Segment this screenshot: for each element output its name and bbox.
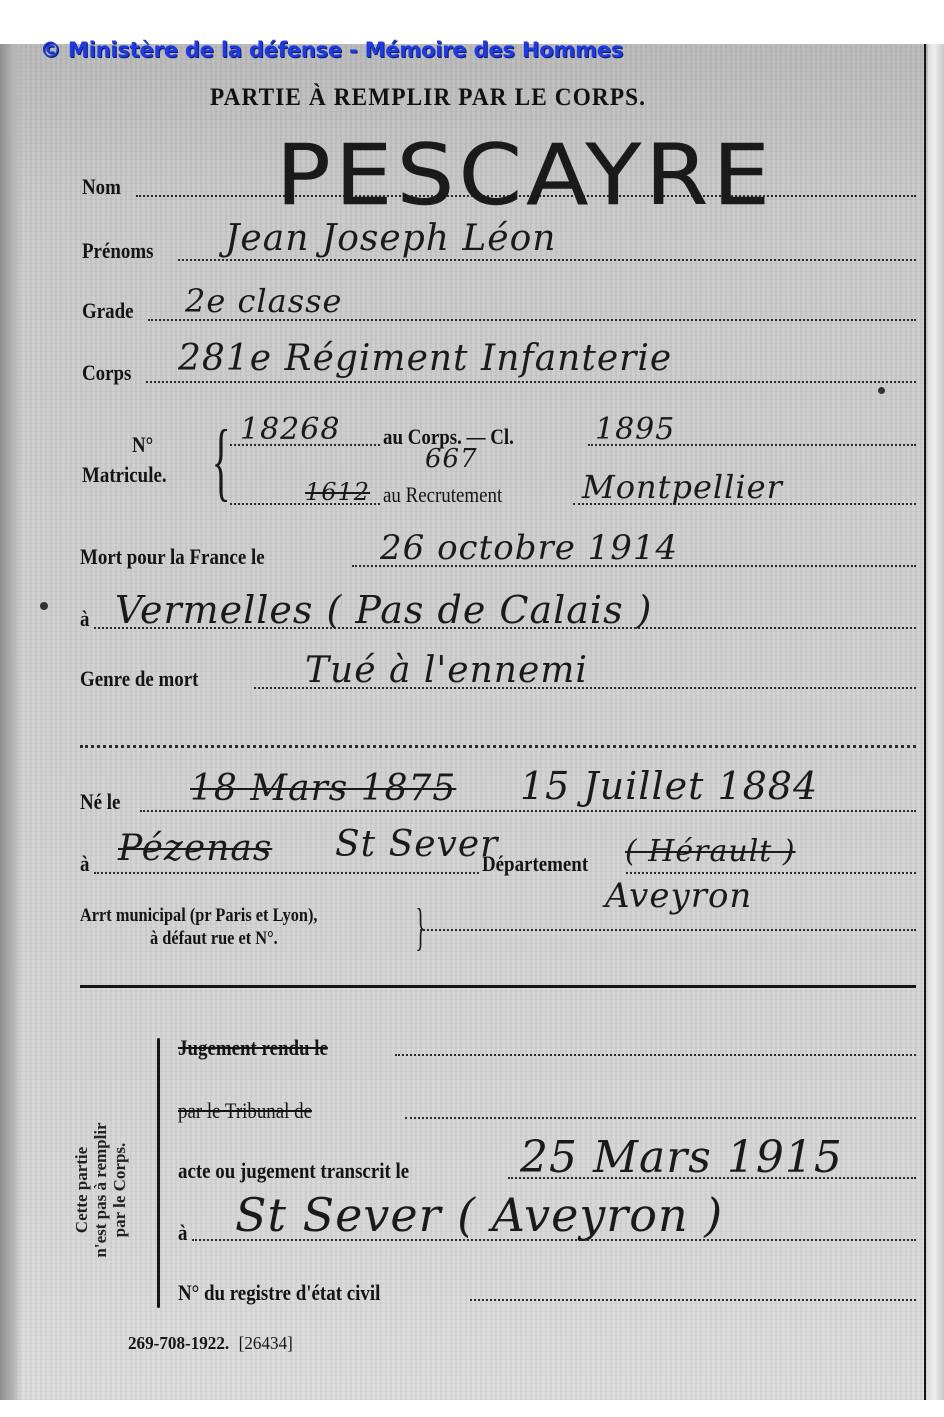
matricule-label: Matricule. (82, 462, 167, 488)
ink-speck (878, 387, 885, 394)
side-note: Cette partie n'est pas à remplir par le … (72, 1080, 162, 1300)
ink-speck (40, 602, 48, 610)
naissance-lieu-label: à (80, 851, 89, 877)
mort-date-label: Mort pour la France le (80, 544, 265, 570)
naissance-lieu-dotted-line (94, 872, 479, 874)
print-reference: 269-708-1922. (128, 1333, 229, 1353)
registre-label: N° du registre d'état civil (178, 1280, 380, 1306)
recrutement-number-struck: 1612 (305, 478, 370, 506)
side-note-brace (157, 1038, 160, 1308)
tribunal-label: par le Tribunal de (178, 1098, 312, 1124)
tribunal-dotted-line (405, 1117, 916, 1119)
section-divider (80, 985, 916, 988)
arrondissement-label: Arrt municipal (pr Paris et Lyon), (80, 905, 318, 927)
nom-value: PESCAYRE (276, 126, 774, 224)
grade-label: Grade (82, 298, 134, 324)
naissance-date-struck: 18 Mars 1875 (190, 768, 456, 809)
page-right-border (924, 44, 926, 1400)
side-note-line1: Cette partie (72, 1080, 91, 1300)
naissance-date-label: Né le (80, 789, 120, 815)
naissance-date-dotted-line (140, 810, 916, 812)
prenoms-value: Jean Joseph Léon (225, 218, 556, 259)
naissance-lieu-struck: Pézenas (118, 828, 272, 869)
matricule-brace: { (212, 418, 231, 506)
recrutement-label: au Recrutement (383, 482, 502, 508)
genre-mort-label: Genre de mort (80, 666, 198, 692)
mort-date-value: 26 octobre 1914 (380, 528, 678, 568)
blank-dotted-line (80, 745, 916, 748)
nom-label: Nom (82, 174, 121, 200)
jugement-dotted-line (395, 1054, 916, 1056)
departement-dotted-line (626, 872, 916, 874)
arrondissement-dotted-line (420, 929, 916, 931)
arrondissement-label-line2: à défaut rue et N°. (150, 928, 278, 950)
form-print-code: 269-708-1922.[26434] (128, 1333, 293, 1354)
corps-value: 281e Régiment Infanterie (178, 338, 672, 379)
copyright-watermark: © Ministère de la défense - Mémoire des … (40, 38, 623, 62)
prenoms-dotted-line (178, 259, 916, 261)
page-left-shadow (0, 44, 22, 1400)
corps-dotted-line (146, 381, 916, 383)
acte-label: acte ou jugement transcrit le (178, 1158, 409, 1184)
departement-label: Département (482, 851, 588, 877)
matricule-classe: 1895 (595, 412, 675, 447)
transcription-lieu-label: à (178, 1220, 187, 1246)
grade-value: 2e classe (185, 282, 342, 320)
registre-dotted-line (470, 1299, 916, 1301)
naissance-lieu-value: St Sever (335, 824, 498, 865)
page-right-edge (928, 44, 944, 1400)
mort-lieu-label: à (80, 606, 89, 632)
departement-value: Aveyron (605, 876, 752, 916)
jugement-label: Jugement rendu le (178, 1035, 328, 1061)
side-note-line2: n'est pas à remplir (91, 1080, 110, 1300)
print-number: [26434] (239, 1333, 293, 1353)
acte-date-value: 25 Mars 1915 (520, 1132, 843, 1183)
recrutement-place: Montpellier (582, 468, 783, 506)
matricule-corps-number: 18268 (240, 412, 340, 447)
side-note-line3: par le Corps. (110, 1080, 129, 1300)
prenoms-label: Prénoms (82, 238, 153, 264)
transcription-lieu-value: St Sever ( Aveyron ) (235, 1188, 723, 1242)
corps-label: Corps (82, 360, 131, 386)
departement-struck: ( Hérault ) (625, 834, 796, 869)
naissance-date-value: 15 Juillet 1884 (520, 764, 818, 808)
matricule-label-no: N° (132, 432, 153, 458)
recrutement-number-correction: 667 (425, 444, 478, 474)
genre-mort-value: Tué à l'ennemi (305, 650, 588, 691)
mort-lieu-value: Vermelles ( Pas de Calais ) (115, 588, 653, 632)
form-heading: PARTIE À REMPLIR PAR LE CORPS. (210, 84, 646, 112)
arrondissement-brace: } (415, 902, 425, 954)
